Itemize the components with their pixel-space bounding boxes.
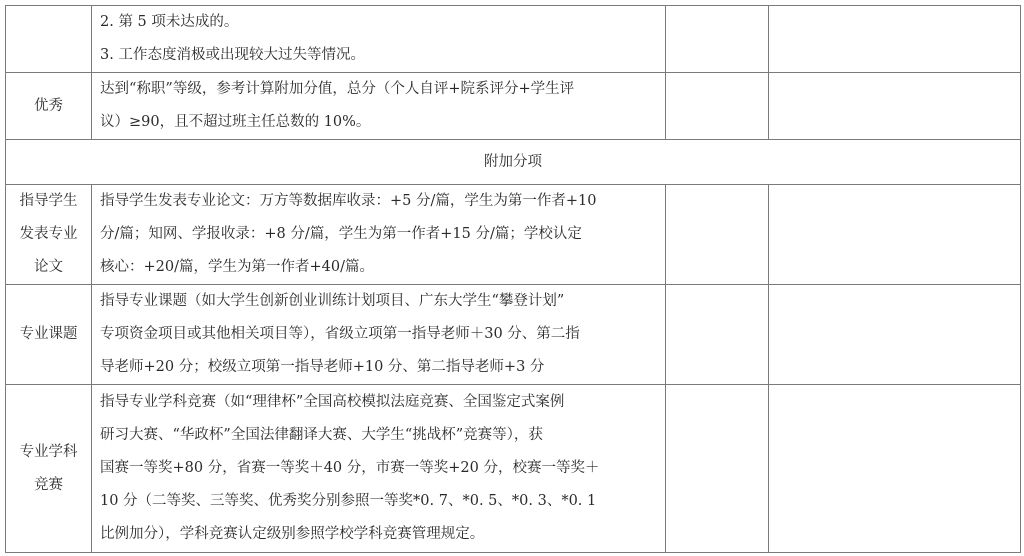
row-label: 专业课题 (6, 318, 91, 351)
row-label-cell: 专业课题 (6, 285, 92, 385)
row-label-cell: 优秀 (6, 73, 92, 140)
criteria-line: 指导学生发表专业论文：万方等数据库收录：+5 分/篇，学生为第一作者+10 (100, 185, 661, 218)
row-label: 指导学生 (6, 185, 91, 218)
note-cell[interactable] (769, 185, 1021, 285)
note-cell[interactable] (769, 6, 1021, 73)
criteria-description-cell: 指导专业学科竞赛（如“理律杯”全国高校模拟法庭竞赛、全国鉴定式案例 研习大赛、“… (92, 385, 666, 553)
score-cell[interactable] (666, 185, 769, 285)
criteria-line: 指导专业学科竞赛（如“理律杯”全国高校模拟法庭竞赛、全国鉴定式案例 (100, 386, 661, 419)
row-label-cell (6, 6, 92, 73)
row-label: 发表专业 (6, 218, 91, 251)
score-cell[interactable] (666, 285, 769, 385)
table-row: 专业学科 竞赛 指导专业学科竞赛（如“理律杯”全国高校模拟法庭竞赛、全国鉴定式案… (6, 385, 1021, 553)
table-row: 专业课题 指导专业课题（如大学生创新创业训练计划项目、广东大学生“攀登计划” 专… (6, 285, 1021, 385)
note-cell[interactable] (769, 385, 1021, 553)
criteria-line: 10 分（二等奖、三等奖、优秀奖分别参照一等奖*0. 7、*0. 5、*0. 3… (100, 485, 661, 518)
row-label: 论文 (6, 251, 91, 284)
score-cell[interactable] (666, 73, 769, 140)
criteria-line: 分/篇；知网、学报收录：+8 分/篇，学生为第一作者+15 分/篇；学校认定 (100, 218, 661, 251)
table-row: 优秀 达到“称职”等级，参考计算附加分值，总分（个人自评+院系评分+学生评 议）… (6, 73, 1021, 140)
note-cell[interactable] (769, 285, 1021, 385)
row-label: 竞赛 (6, 469, 91, 502)
criteria-line: 议）≥90，且不超过班主任总数的 10%。 (100, 106, 661, 139)
row-label: 优秀 (6, 90, 91, 123)
criteria-description-cell: 2. 第 5 项未达成的。 3. 工作态度消极或出现较大过失等情况。 (92, 6, 666, 73)
score-cell[interactable] (666, 6, 769, 73)
criteria-line: 国赛一等奖+80 分，省赛一等奖＋40 分，市赛一等奖+20 分，校赛一等奖＋ (100, 452, 661, 485)
criteria-line: 核心：+20/篇，学生为第一作者+40/篇。 (100, 251, 661, 284)
score-cell[interactable] (666, 385, 769, 553)
criteria-line: 指导专业课题（如大学生创新创业训练计划项目、广东大学生“攀登计划” (100, 285, 661, 318)
evaluation-table: 2. 第 5 项未达成的。 3. 工作态度消极或出现较大过失等情况。 优秀 达到… (5, 5, 1021, 553)
table-row: 2. 第 5 项未达成的。 3. 工作态度消极或出现较大过失等情况。 (6, 6, 1021, 73)
row-label-cell: 指导学生 发表专业 论文 (6, 185, 92, 285)
criteria-description-cell: 达到“称职”等级，参考计算附加分值，总分（个人自评+院系评分+学生评 议）≥90… (92, 73, 666, 140)
criteria-line: 3. 工作态度消极或出现较大过失等情况。 (100, 39, 661, 72)
row-label-cell: 专业学科 竞赛 (6, 385, 92, 553)
row-label: 专业学科 (6, 436, 91, 469)
criteria-line: 达到“称职”等级，参考计算附加分值，总分（个人自评+院系评分+学生评 (100, 73, 661, 106)
section-header-row: 附加分项 (6, 140, 1021, 185)
section-header: 附加分项 (6, 140, 1021, 185)
criteria-line: 比例加分），学科竞赛认定级别参照学校学科竞赛管理规定。 (100, 518, 661, 551)
criteria-description-cell: 指导学生发表专业论文：万方等数据库收录：+5 分/篇，学生为第一作者+10 分/… (92, 185, 666, 285)
criteria-line: 2. 第 5 项未达成的。 (100, 6, 661, 39)
table-row: 指导学生 发表专业 论文 指导学生发表专业论文：万方等数据库收录：+5 分/篇，… (6, 185, 1021, 285)
criteria-line: 导老师+20 分；校级立项第一指导老师+10 分、第二指导老师+3 分 (100, 351, 661, 384)
criteria-line: 专项资金项目或其他相关项目等），省级立项第一指导老师＋30 分、第二指 (100, 318, 661, 351)
criteria-line: 研习大赛、“华政杯”全国法律翻译大赛、大学生“挑战杯”竞赛等），获 (100, 419, 661, 452)
note-cell[interactable] (769, 73, 1021, 140)
criteria-description-cell: 指导专业课题（如大学生创新创业训练计划项目、广东大学生“攀登计划” 专项资金项目… (92, 285, 666, 385)
